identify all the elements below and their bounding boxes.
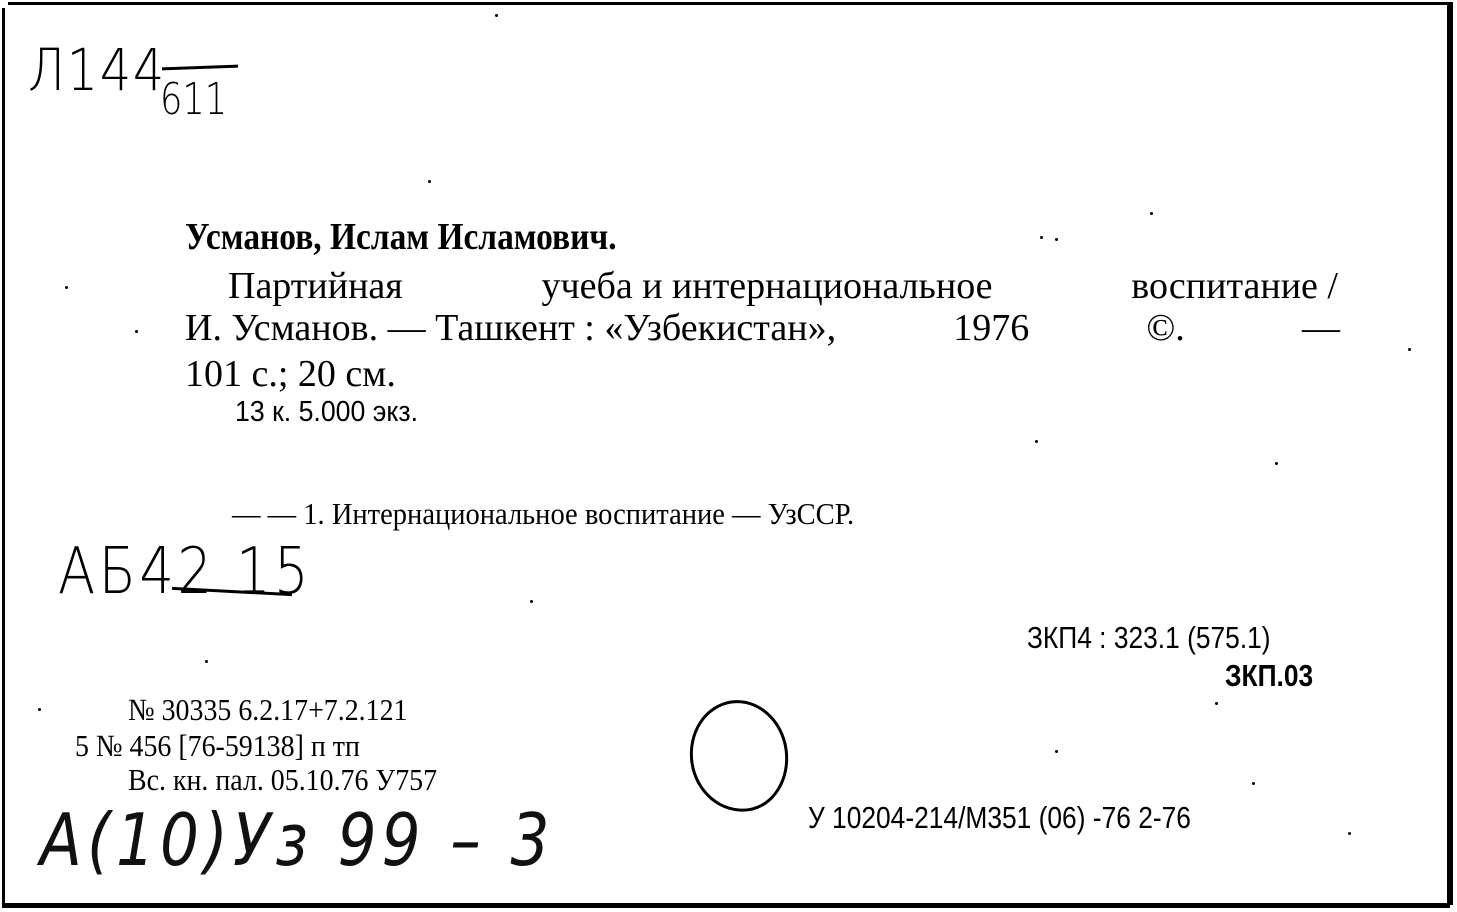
classification-secondary: ЗКП.03 <box>1225 658 1313 694</box>
card-border-right <box>1447 5 1453 905</box>
card-border-top <box>8 2 1453 5</box>
scan-speck <box>1055 750 1058 753</box>
card-border-bottom <box>2 903 1450 908</box>
author-heading: Усманов, Ислам Исламович. <box>185 215 617 259</box>
dash: — <box>1302 306 1340 350</box>
scan-speck <box>1252 782 1255 785</box>
print-info-line: Вс. кн. пал. 05.10.76 У757 <box>128 762 437 798</box>
scan-speck <box>1150 212 1153 215</box>
handwritten-inventory-number: АБ42 15 <box>58 535 312 609</box>
print-info-line: № 30335 6.2.17+7.2.121 <box>128 692 408 728</box>
scan-speck <box>1348 832 1351 835</box>
scan-speck <box>65 286 68 289</box>
title-word: Партийная <box>228 264 403 308</box>
scan-speck <box>1215 702 1218 705</box>
physical-description: 101 с.; 20 см. <box>185 352 396 396</box>
call-number-fraction-bar <box>162 65 238 71</box>
card-border-left <box>2 8 5 903</box>
handwritten-call-number-sub: 611 <box>160 74 227 125</box>
title-line-2: И. Усманов. — Ташкент : «Узбекистан», 19… <box>185 306 1340 350</box>
publication-year: 1976 <box>953 306 1029 350</box>
title-word: учеба и интернациональное <box>542 264 993 308</box>
classification-primary: ЗКП4 : 323.1 (575.1) <box>1027 620 1271 656</box>
scan-speck <box>1040 236 1043 239</box>
scan-speck <box>135 330 138 333</box>
price-and-print-run: 13 к. 5.000 экз. <box>235 396 418 429</box>
scan-speck <box>1408 348 1411 351</box>
scan-speck <box>428 180 431 183</box>
responsibility-and-imprint: И. Усманов. — Ташкент : «Узбекистан», <box>185 306 836 350</box>
handwritten-call-number: Л144 <box>28 36 166 104</box>
punch-hole-circle-icon <box>683 694 796 819</box>
scan-speck <box>530 600 533 603</box>
scan-speck <box>205 660 208 663</box>
title-line-1: Партийная учеба и интернациональное восп… <box>228 264 1338 308</box>
handwritten-location-code: А(10)Уз 99 – 3 <box>40 798 555 882</box>
print-info-line: 5 № 456 [76-59138] п тп <box>75 728 360 764</box>
scan-speck <box>1055 238 1058 241</box>
scan-speck <box>1275 462 1278 465</box>
subject-tracing: — — 1. Интернациональное воспитание — Уз… <box>232 496 854 532</box>
publisher-index: У 10204-214/М351 (06) -76 2-76 <box>808 800 1191 836</box>
copyright-icon: ©. <box>1146 306 1184 350</box>
scan-speck <box>38 708 41 711</box>
scan-speck <box>495 14 498 17</box>
catalog-card: Л144 611 Усманов, Ислам Исламович. Парти… <box>0 0 1457 912</box>
title-word: воспитание / <box>1131 264 1338 308</box>
scan-speck <box>1035 440 1038 443</box>
